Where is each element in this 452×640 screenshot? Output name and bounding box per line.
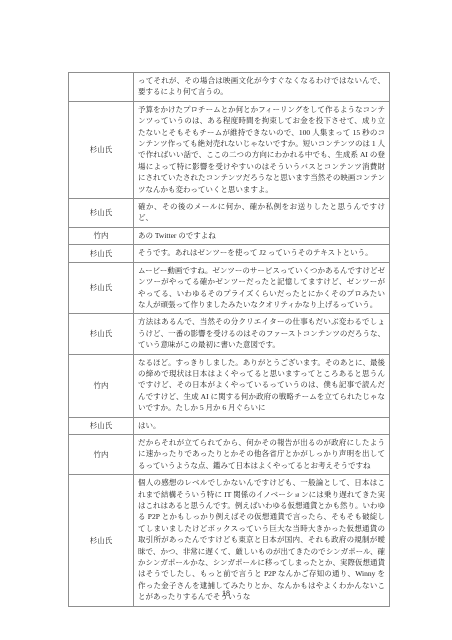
transcript-table: ってそれが、その場合は映画文化が今すぐなくなるわけではないんで、要するにより何て…	[68, 72, 390, 607]
dialogue-cell: はい。	[134, 417, 390, 434]
speaker-cell: 杉山氏	[69, 199, 134, 228]
speaker-cell: 竹内	[69, 354, 134, 417]
dialogue-cell: 個人の感想のレベルでしかないんですけども、一般論として、日本はこれまで結構そうい…	[134, 475, 390, 606]
table-row: 杉山氏 確か、その後のメールに何か、確か私例をお送りしたと思うんですけど、	[69, 199, 390, 228]
dialogue-cell: そうです。あれはゼンツーを使って J2 っていうそのテキストという。	[134, 245, 390, 262]
speaker-cell: 杉山氏	[69, 417, 134, 434]
speaker-cell: 杉山氏	[69, 262, 134, 314]
dialogue-cell: なるほど。すっきりしました。ありがとうございます。そのあとに、最後の締めで現状は…	[134, 354, 390, 417]
dialogue-cell: 予算をかけたプロチームとか何とかフィーリングをして作るようなコンテンツっていうの…	[134, 101, 390, 198]
document-page: ってそれが、その場合は映画文化が今すぐなくなるわけではないんで、要するにより何て…	[0, 0, 452, 640]
dialogue-cell: あの Twitter のですよね	[134, 227, 390, 244]
dialogue-cell: ムービー動画ですね。ゼンツーのサービスっていくつかあるんですけどゼンツーがやって…	[134, 262, 390, 314]
speaker-cell: 杉山氏	[69, 245, 134, 262]
table-row: 杉山氏 そうです。あれはゼンツーを使って J2 っていうそのテキストという。	[69, 245, 390, 262]
table-row: ってそれが、その場合は映画文化が今すぐなくなるわけではないんで、要するにより何て…	[69, 73, 390, 102]
page-number: 18	[0, 589, 452, 598]
speaker-cell: 竹内	[69, 227, 134, 244]
table-row: 杉山氏 個人の感想のレベルでしかないんですけども、一般論として、日本はこれまで結…	[69, 475, 390, 606]
speaker-cell: 杉山氏	[69, 475, 134, 606]
table-row: 杉山氏 はい。	[69, 417, 390, 434]
table-row: 杉山氏 方法はあるんで、当然その分クリエイターの仕事もだいぶ変わるでしょうけど、…	[69, 314, 390, 354]
table-row: 竹内 あの Twitter のですよね	[69, 227, 390, 244]
speaker-cell	[69, 73, 134, 102]
table-row: 杉山氏 予算をかけたプロチームとか何とかフィーリングをして作るようなコンテンツっ…	[69, 101, 390, 198]
dialogue-cell: ってそれが、その場合は映画文化が今すぐなくなるわけではないんで、要するにより何て…	[134, 73, 390, 102]
table-row: 竹内 なるほど。すっきりしました。ありがとうございます。そのあとに、最後の締めで…	[69, 354, 390, 417]
table-row: 竹内 だからそれが立てられてから、何かその報告が出るのが政府にしたように速かった…	[69, 434, 390, 474]
dialogue-cell: だからそれが立てられてから、何かその報告が出るのが政府にしたように速かったりであ…	[134, 434, 390, 474]
speaker-cell: 杉山氏	[69, 101, 134, 198]
table-row: 杉山氏 ムービー動画ですね。ゼンツーのサービスっていくつかあるんですけどゼンツー…	[69, 262, 390, 314]
dialogue-cell: 方法はあるんで、当然その分クリエイターの仕事もだいぶ変わるでしょうけど、一番の影…	[134, 314, 390, 354]
dialogue-cell: 確か、その後のメールに何か、確か私例をお送りしたと思うんですけど、	[134, 199, 390, 228]
speaker-cell: 杉山氏	[69, 314, 134, 354]
speaker-cell: 竹内	[69, 434, 134, 474]
